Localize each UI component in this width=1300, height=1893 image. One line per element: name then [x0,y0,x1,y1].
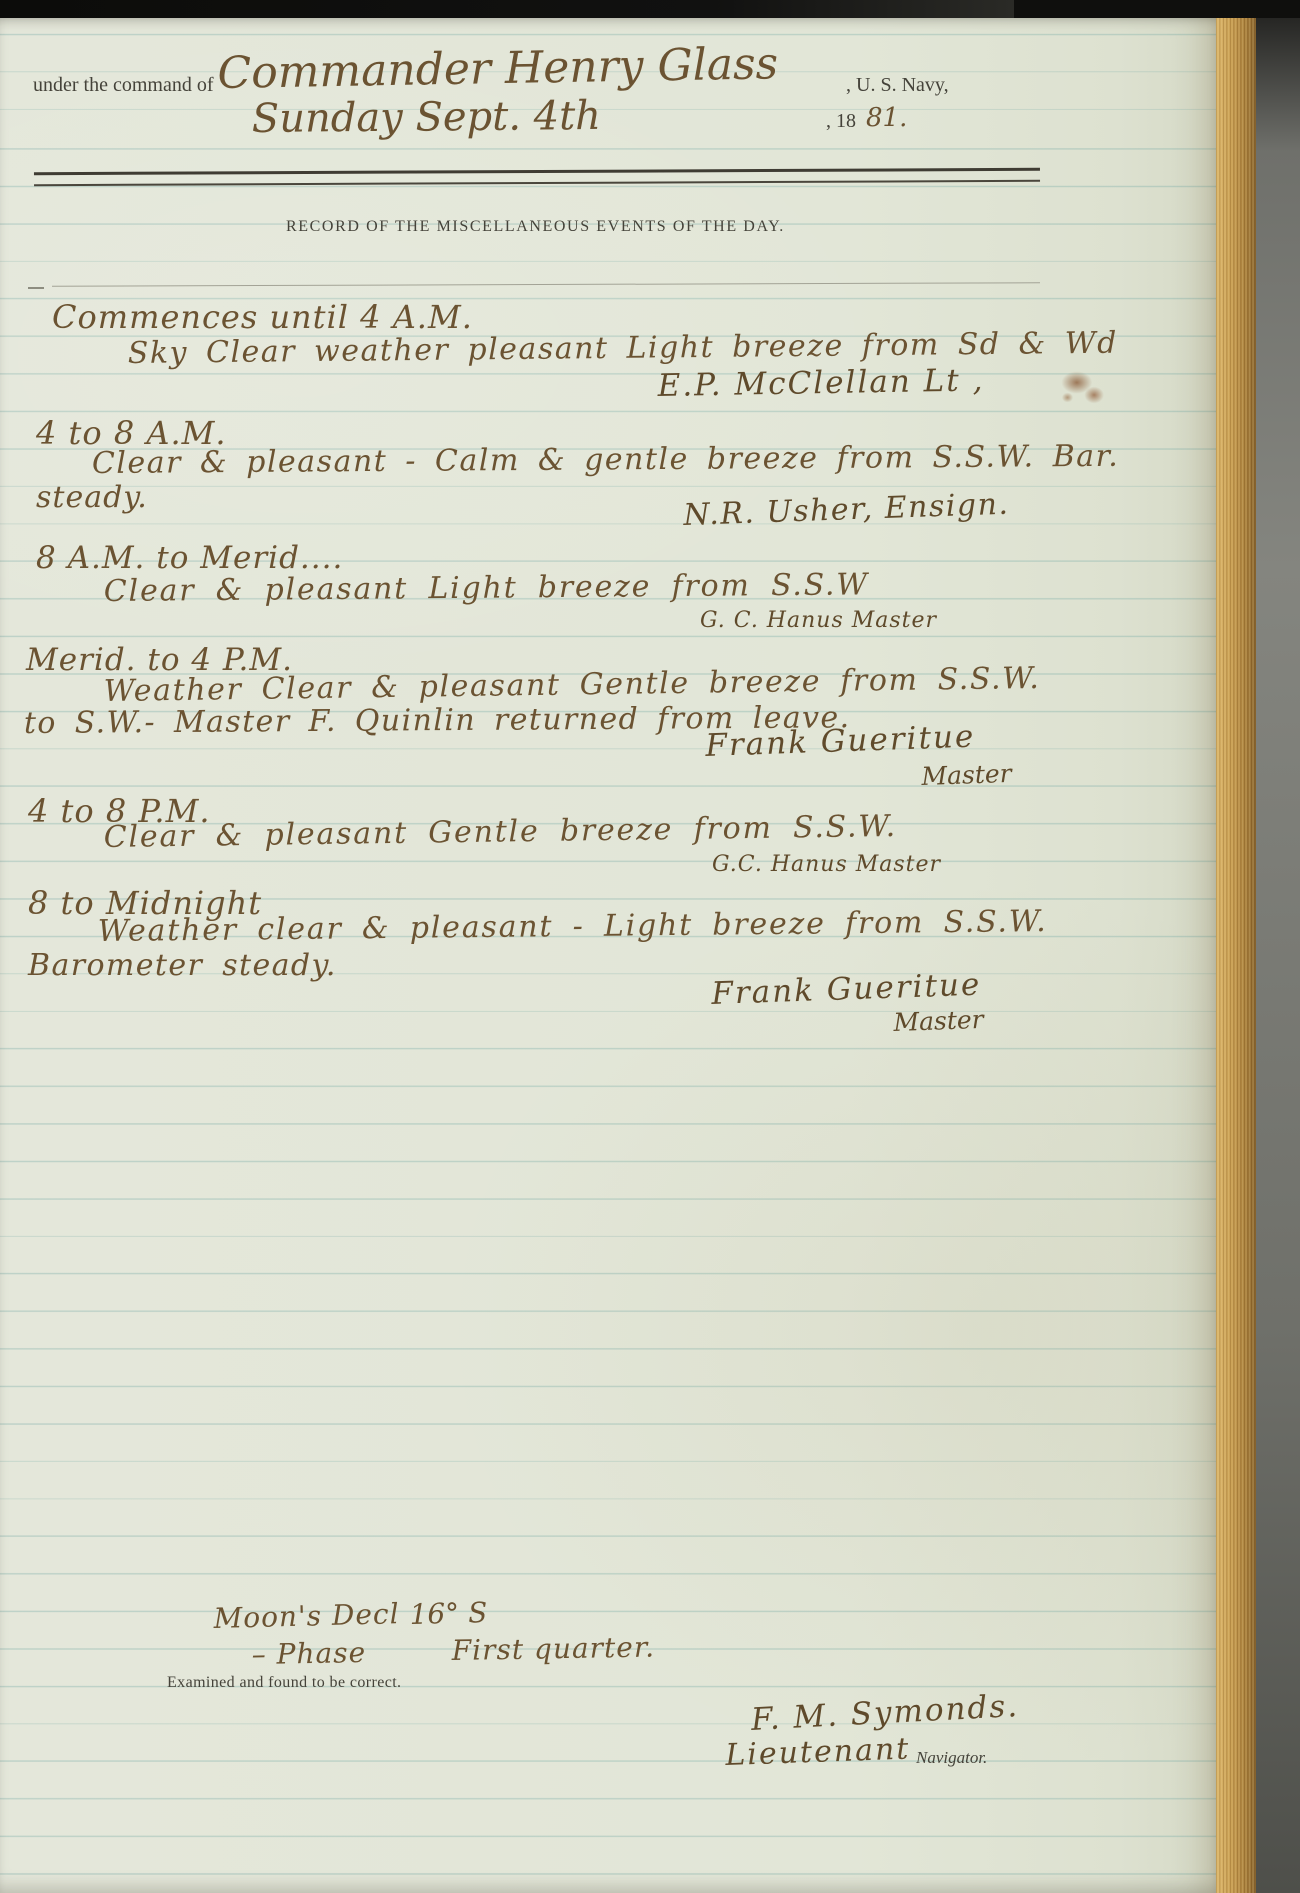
moon-phase-label: – Phase [251,1636,366,1671]
navigator-signature-rank: Lieutenant [725,1732,911,1773]
book-fore-edge [1216,16,1258,1893]
ink-blot [1052,360,1114,410]
entry-heading: Commences until 4 A.M. [52,298,473,336]
entry-signature: E.P. McClellan Lt , [657,362,984,404]
year-prefix-label: , 18 [826,110,856,133]
entry-body-line: steady. [36,480,148,515]
entry-body-line: Clear & pleasant - Calm & gentle breeze … [92,439,1120,481]
scan-top-shadow [0,0,1300,18]
entry-signature-rank: Master [921,759,1012,791]
moon-decl-label: Moon's Decl [213,1597,400,1635]
navy-suffix-label: , U. S. Navy, [846,74,949,97]
logbook-page-scan: under the command of Commander Henry Gla… [0,0,1300,1893]
entry-heading: 8 A.M. to Merid.... [36,540,343,576]
entry-body-line: Clear & pleasant Light breeze from S.S.W [104,567,869,609]
moon-phase-value: First quarter. [451,1630,655,1667]
commander-name-handwriting: Commander Henry Glass [217,38,778,99]
year-handwriting: 81. [866,103,907,133]
command-prefix-label: under the command of [33,74,214,97]
navigator-label: Navigator. [916,1748,987,1768]
entry-signature-rank: Master [893,1005,984,1037]
examined-label: Examined and found to be correct. [167,1674,401,1692]
left-dash-mark [28,287,44,289]
section-title: RECORD OF THE MISCELLANEOUS EVENTS OF TH… [286,218,785,236]
date-handwriting: Sunday Sept. 4th [252,93,602,142]
scan-background [1256,0,1300,1893]
moon-decl-value: 16° S [409,1596,488,1631]
entry-signature: G. C. Hanus Master [700,608,937,633]
entry-body-line: Barometer steady. [28,948,337,983]
entry-signature: G.C. Hanus Master [712,852,941,877]
